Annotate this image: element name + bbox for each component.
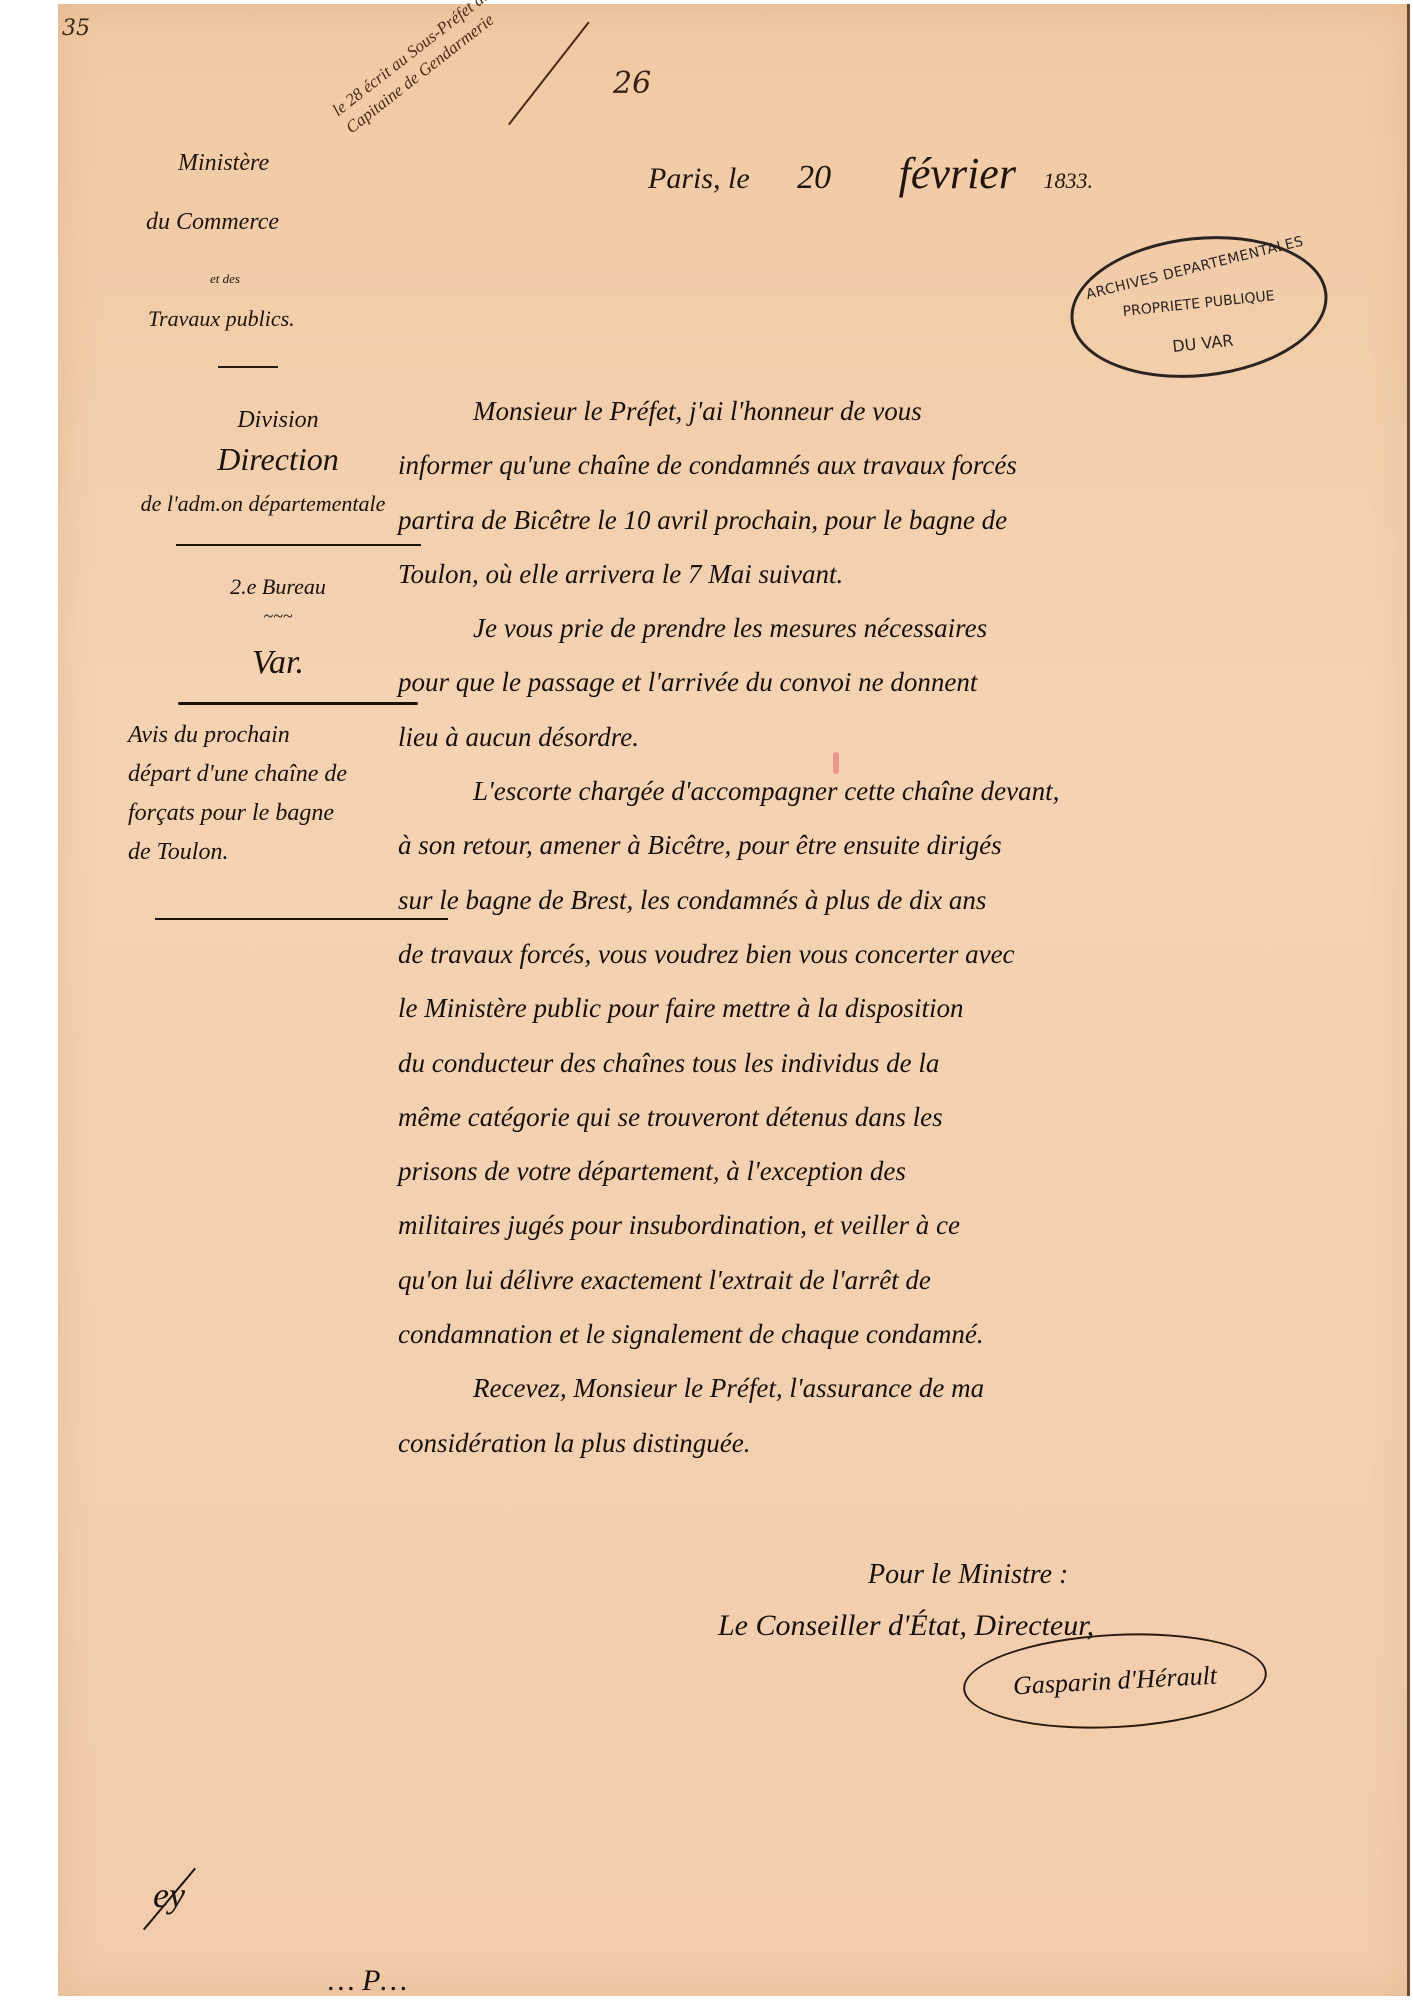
left-divider-2 [178,702,418,705]
folio-number: 35 [62,16,90,41]
document-page: 35 Ministère du Commerce et des Travaux … [58,4,1410,1996]
date-line: Paris, le 20 février 1833. [648,148,1093,199]
left-subject-summary: Avis du prochain départ d'une chaîne de … [128,716,438,872]
body-line: sur le bagne de Brest, les condamnés à p… [398,873,1408,927]
body-line: du conducteur des chaînes tous les indiv… [398,1036,1408,1090]
archive-stamp: ARCHIVES DEPARTEMENTALES PROPRIETE PUBLI… [1063,224,1334,390]
stamp-line-var: DU VAR [1077,321,1330,366]
body-line: le Ministère public pour faire mettre à … [398,981,1408,1035]
body-line: de travaux forcés, vous voudrez bien vou… [398,927,1408,981]
left-direction-label: Direction [138,441,418,478]
date-place: Paris, le [648,162,750,195]
body-line: à son retour, amener à Bicêtre, pour êtr… [398,818,1408,872]
date-day: 20 [797,159,831,196]
body-line: même catégorie qui se trouveront détenus… [398,1090,1408,1144]
date-year: 1833. [1043,168,1093,193]
letterhead-ministere: Ministère [178,150,269,177]
signature-name: Gasparin d'Hérault [1012,1661,1217,1702]
body-line: partira de Bicêtre le 10 avril prochain,… [398,493,1408,547]
marginal-annotation-stroke [508,22,590,126]
letterhead-et-des: et des [210,271,240,287]
letterhead-ornament-rule [218,366,278,368]
summary-line: forçats pour le bagne [128,794,438,833]
left-administration-label: de l'adm.on départementale [98,491,428,517]
body-line-closing-formula: considération la plus distinguée. [398,1416,1408,1470]
left-bureau-label: 2.e Bureau [138,574,418,600]
left-divider-1 [176,544,421,546]
body-line: militaires jugés pour insubordination, e… [398,1198,1408,1252]
letterhead-commerce: du Commerce [146,209,279,236]
body-line-salutation: Monsieur le Préfet, j'ai l'honneur de vo… [398,384,1408,438]
marginal-annotation: le 28 écrit au Sous-Préfet de Toulon et … [328,0,623,139]
left-squiggle-ornament: ~~~ [138,606,418,627]
body-line: qu'on lui délivre exactement l'extrait d… [398,1253,1408,1307]
body-line: lieu à aucun désordre. [398,710,1408,764]
letter-body: Monsieur le Préfet, j'ai l'honneur de vo… [398,384,1408,1470]
marginal-annotation-number: 26 [613,66,651,101]
red-ink-mark [833,752,839,774]
body-line: condamnation et le signalement de chaque… [398,1307,1408,1361]
summary-line: de Toulon. [128,833,438,872]
summary-line: départ d'une chaîne de [128,755,438,794]
body-line-closing-formula: Recevez, Monsieur le Préfet, l'assurance… [398,1361,1408,1415]
body-line: informer qu'une chaîne de condamnés aux … [398,438,1408,492]
closing-pour-le-ministre: Pour le Ministre : [868,1559,1068,1591]
body-line: L'escorte chargée d'accompagner cette ch… [398,764,1408,818]
body-line: Toulon, où elle arrivera le 7 Mai suivan… [398,547,1408,601]
body-line: Je vous prie de prendre les mesures néce… [398,601,1408,655]
bottom-cut-off-text: … P… [328,1964,407,1998]
date-month: février [899,149,1016,198]
closing-signatory-title: Le Conseiller d'État, Directeur, [718,1609,1094,1643]
letterhead-travaux-publics: Travaux publics. [148,306,295,332]
summary-line: Avis du prochain [128,716,438,755]
body-line: prisons de votre département, à l'except… [398,1144,1408,1198]
body-line: pour que le passage et l'arrivée du conv… [398,655,1408,709]
left-department-label: Var. [138,644,418,682]
left-division-label: Division [138,407,418,434]
